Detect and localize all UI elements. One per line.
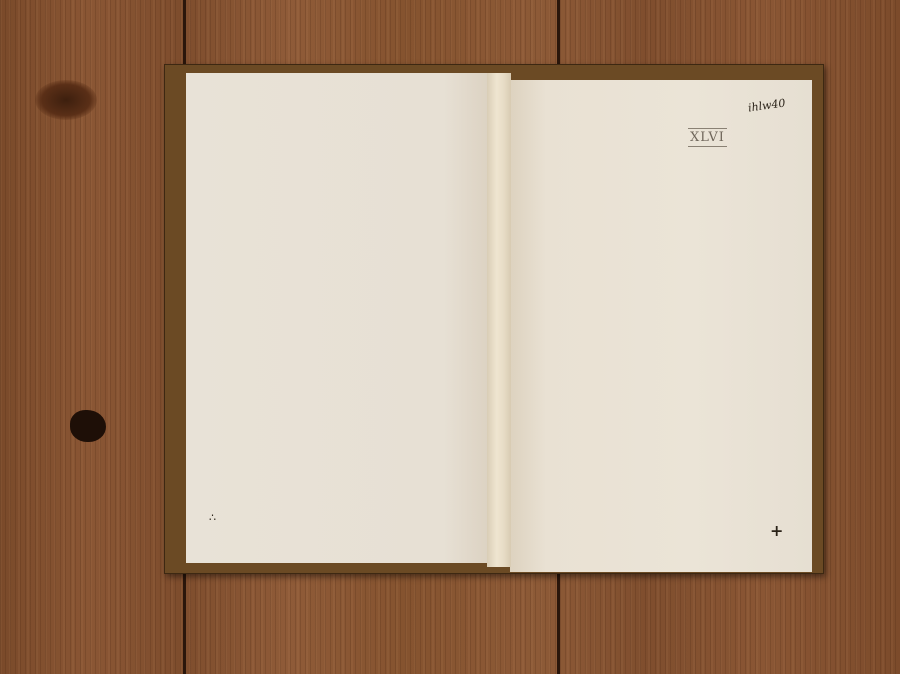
left-page	[186, 73, 489, 563]
handwritten-roman-numeral: XLVI	[688, 128, 727, 147]
right-page	[510, 80, 812, 572]
handwritten-cross: +	[770, 521, 783, 540]
wood-knot	[35, 80, 97, 120]
handwritten-dots: ∴	[209, 511, 216, 524]
wood-hole	[70, 410, 106, 442]
book-gutter	[487, 73, 511, 567]
